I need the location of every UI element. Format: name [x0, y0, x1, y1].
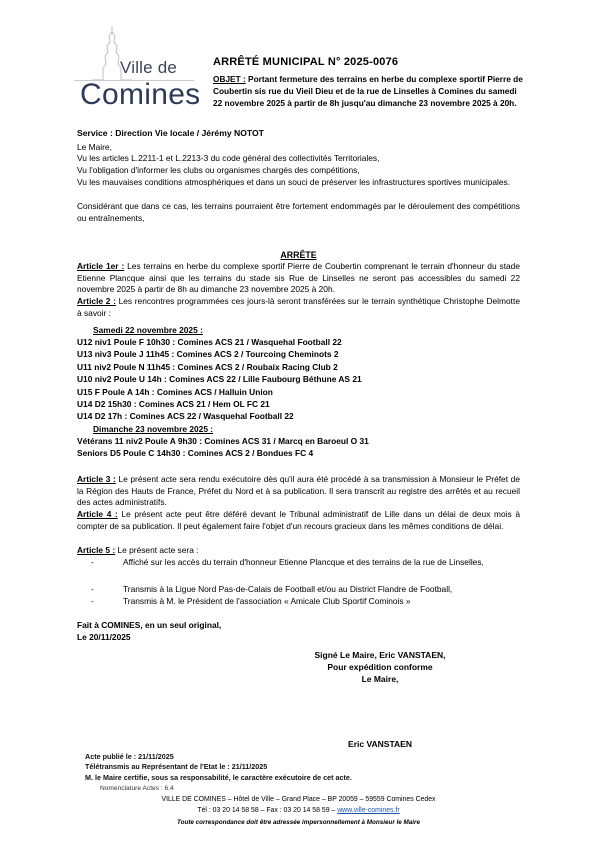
match-row: U12 niv1 Poule F 10h30 : Comines ACS 21 … — [77, 337, 342, 349]
mayor-name: Eric VANSTAEN — [320, 738, 440, 750]
match-row: Seniors D5 Poule C 14h30 : Comines ACS 2… — [77, 448, 313, 460]
dash-bullet: - — [91, 584, 94, 596]
website-link[interactable]: www.ville-comines.fr — [337, 807, 399, 814]
teletransmis: Télétransmis au Représentant de l'Etat l… — [85, 762, 267, 772]
le-maire: Le Maire, — [77, 142, 520, 154]
article-2-label: Article 2 : — [77, 296, 116, 306]
article-5: Article 5 : Le présent acte sera : — [77, 545, 520, 557]
logo-line1: Ville de — [120, 58, 177, 78]
match-row: Vétérans 11 niv2 Poule A 9h30 : Comines … — [77, 436, 369, 448]
vu-conditions: Vu les mauvaises conditions atmosphériqu… — [77, 177, 520, 189]
article-4-label: Article 4 : — [77, 509, 118, 519]
footer-phone: Tél : 03 20 14 58 58 – Fax : 03 20 14 58… — [197, 807, 337, 814]
article-5-text: Le présent acte sera : — [115, 545, 198, 555]
signature-line3: Le Maire, — [290, 673, 470, 685]
match-row: U14 D2 15h30 : Comines ACS 21 / Hem OL F… — [77, 399, 270, 411]
fait-a-comines: Fait à COMINES, en un seul original, — [77, 620, 520, 632]
article-2-text: Les rencontres programmées ces jours-là … — [77, 296, 520, 318]
article-4-text: Le présent acte peut être déféré devant … — [77, 509, 520, 531]
arrete-heading: ARRÊTE — [77, 250, 520, 260]
article-5-label: Article 5 : — [77, 545, 115, 555]
footer-notice-wrap: Toute correspondance doit être adressée … — [77, 818, 520, 828]
considerant: Considérant que dans ce cas, les terrain… — [77, 201, 520, 224]
match-row: U11 niv2 Poule N 11h45 : Comines ACS 2 /… — [77, 362, 338, 374]
certification: M. le Maire certifie, sous sa responsabi… — [85, 773, 352, 783]
footer-address: VILLE DE COMINES – Hôtel de Ville – Gran… — [77, 795, 520, 805]
closing-date: Le 20/11/2025 — [77, 632, 520, 644]
footer-notice: Toute correspondance doit être adressée … — [177, 819, 420, 826]
acte-publie: Acte publié le : 21/11/2025 — [85, 752, 174, 762]
dash-bullet: - — [91, 557, 94, 569]
signature-line1: Signé Le Maire, Eric VANSTAEN, — [290, 649, 470, 661]
article-3-text: Le présent acte sera rendu exécutoire dè… — [77, 474, 520, 507]
schedule-day-label: Dimanche 23 novembre 2025 : — [93, 424, 213, 434]
article-1-label: Article 1er : — [77, 261, 124, 271]
match-row: U13 niv3 Poule J 11h45 : Comines ACS 2 /… — [77, 349, 339, 361]
match-row: U14 D2 17h : Comines ACS 22 / Wasquehal … — [77, 411, 294, 423]
vu-obligation: Vu l'obligation d'informer les clubs ou … — [77, 165, 520, 177]
article-1-text: Les terrains en herbe du complexe sporti… — [77, 261, 520, 294]
dash-bullet: - — [91, 596, 94, 608]
objet-label: OBJET : — [213, 74, 246, 84]
match-row: U10 niv2 Poule U 14h : Comines ACS 22 / … — [77, 374, 362, 386]
vu-articles: Vu les articles L.2211-1 et L.2213-3 du … — [77, 153, 520, 165]
article-3: Article 3 : Le présent acte sera rendu e… — [77, 474, 520, 509]
service-line: Service : Direction Vie locale / Jérémy … — [77, 128, 264, 138]
objet-block: OBJET : Portant fermeture des terrains e… — [213, 74, 523, 109]
signature-line2: Pour expédition conforme — [290, 661, 470, 673]
match-row: U15 F Poule A 14h : Comines ACS / Hallui… — [77, 387, 273, 399]
article-2: Article 2 : Les rencontres programmées c… — [77, 296, 520, 319]
footer-contact: Tél : 03 20 14 58 58 – Fax : 03 20 14 58… — [77, 806, 520, 816]
schedule-day-label: Samedi 22 novembre 2025 : — [93, 325, 203, 335]
article-3-label: Article 3 : — [77, 474, 116, 484]
publication-item-text: Transmis à la Ligue Nord Pas-de-Calais d… — [123, 584, 521, 596]
publication-item-text: Affiché sur les accès du terrain d'honne… — [123, 557, 521, 569]
logo-line2: Comines — [80, 78, 200, 112]
comines-logo: Ville de Comines — [74, 24, 198, 110]
publication-item-text: Transmis à M. le Président de l'associat… — [123, 596, 521, 608]
document-title: ARRÊTÉ MUNICIPAL N° 2025-0076 — [213, 56, 398, 68]
objet-text: Portant fermeture des terrains en herbe … — [213, 74, 523, 108]
article-4: Article 4 : Le présent acte peut être dé… — [77, 509, 520, 532]
nomenclature: Nomenclature Actes : 6.4 — [100, 785, 174, 792]
article-1: Article 1er : Les terrains en herbe du c… — [77, 261, 520, 296]
